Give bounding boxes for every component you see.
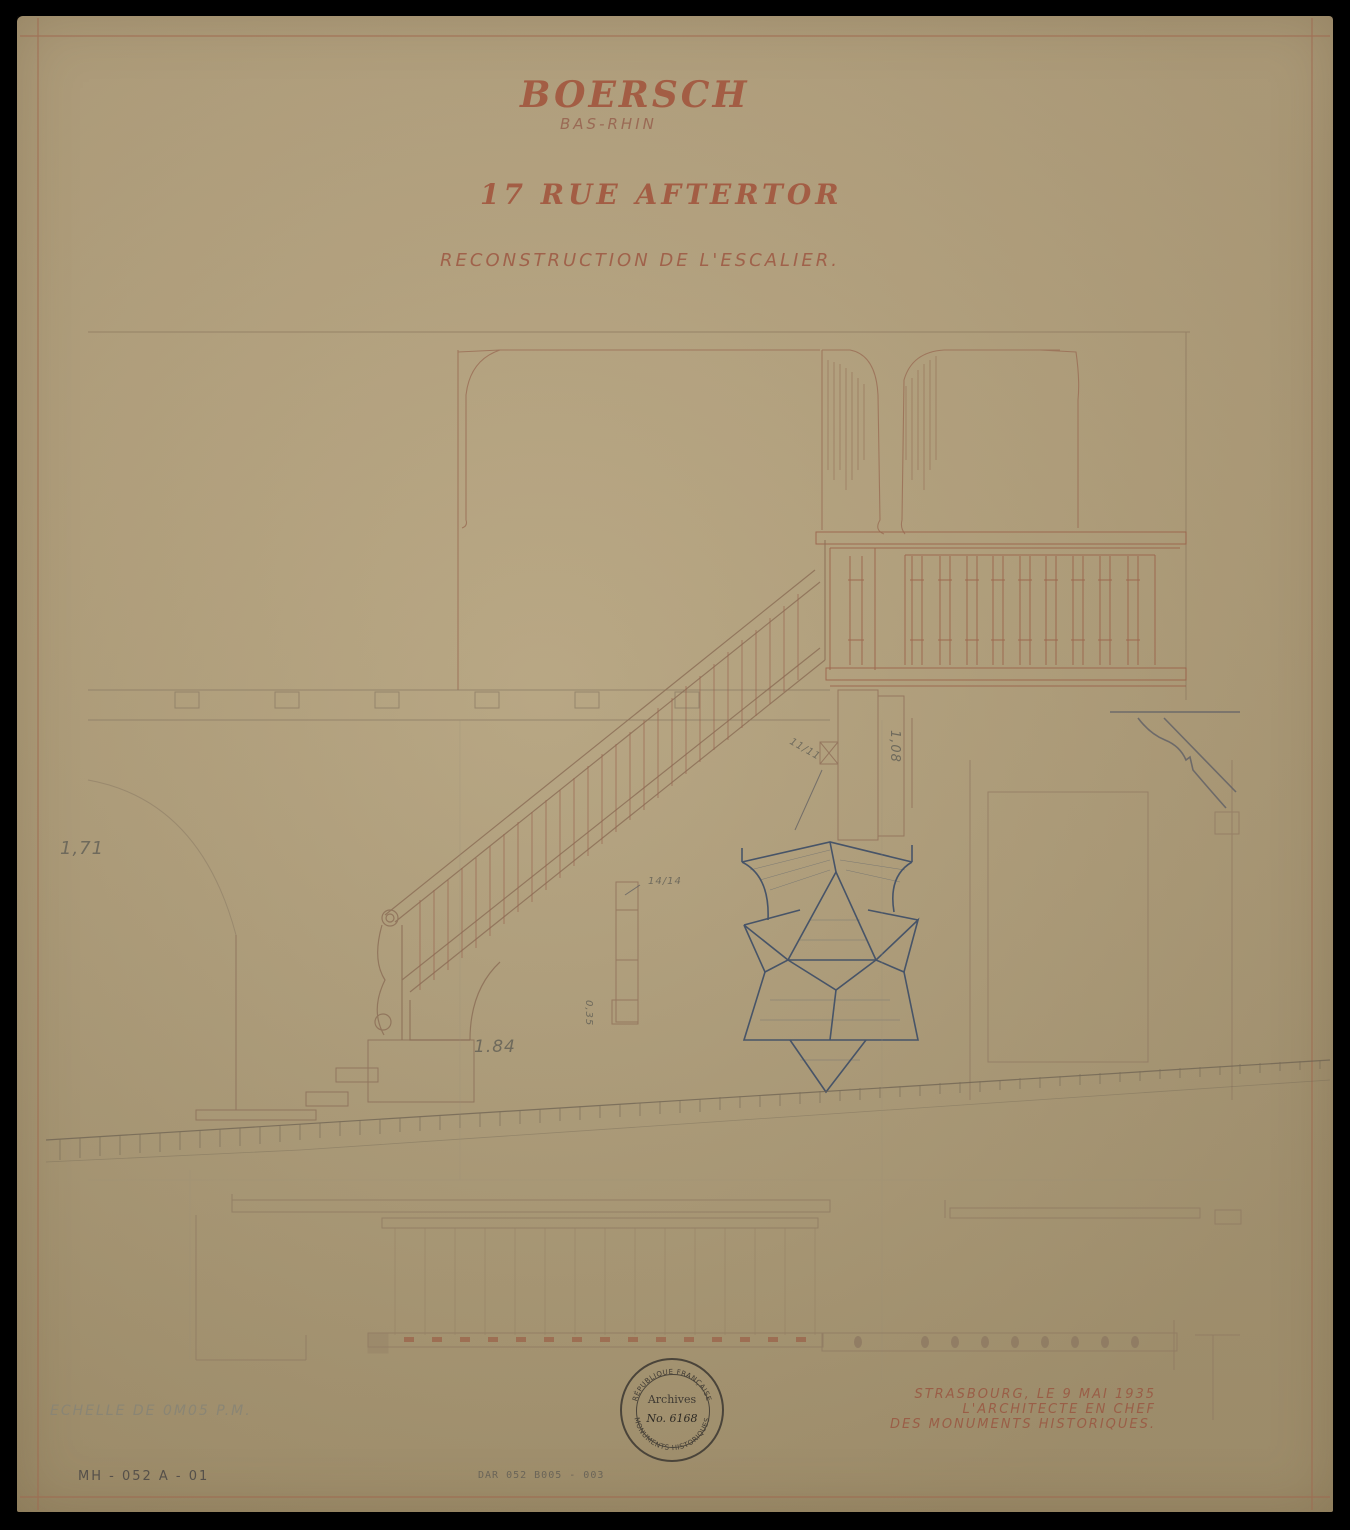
plan-baluster-dashes <box>404 1337 806 1342</box>
dimension-post-section-lower: 14/14 <box>648 876 682 887</box>
signature-line-1: STRASBOURG, LE 9 MAI 1935 <box>890 1387 1156 1402</box>
stamp-number: No. 6168 <box>622 1412 722 1425</box>
stamp-center-text: Archives <box>622 1393 722 1406</box>
stamp-inner-ring <box>636 1374 710 1448</box>
dimension-stair-run: 1.84 <box>474 1037 516 1057</box>
ceiling-lines <box>88 332 1190 700</box>
signature-block: STRASBOURG, LE 9 MAI 1935 L'ARCHITECTE E… <box>890 1387 1156 1432</box>
frame-lines <box>20 18 1330 1510</box>
landing-balusters <box>848 556 1140 665</box>
small-post <box>612 882 638 1024</box>
dimension-post-height: 1,08 <box>887 730 902 763</box>
bracket-profile <box>1110 712 1240 808</box>
construction-lines <box>88 720 1230 1380</box>
stair-balusters <box>420 594 798 990</box>
base-steps <box>196 935 474 1120</box>
ground-line <box>46 1060 1330 1162</box>
floor-joists <box>88 690 830 720</box>
newel-post <box>820 690 912 840</box>
title-department: BAS-RHIN <box>560 115 657 133</box>
landing-balustrade <box>816 532 1186 686</box>
signature-line-2: L'ARCHITECTE EN CHEF <box>890 1402 1156 1417</box>
right-doorframe <box>970 760 1239 1100</box>
dimension-small: 0,35 <box>583 1000 594 1026</box>
stair-elevation-drawing <box>0 0 1350 1530</box>
dimension-height-left: 1,71 <box>60 838 104 859</box>
plan-baluster-dots <box>854 1336 1139 1348</box>
title-address: 17 RUE AFTERTOR <box>480 178 843 211</box>
upper-openings <box>458 350 1079 690</box>
star-ornament <box>742 842 918 1092</box>
title-town: BOERSCH <box>520 74 749 116</box>
reference-mh: MH - 052 A - 01 <box>78 1469 209 1484</box>
scale-label: ECHELLE DE 0M05 P.M. <box>50 1403 252 1419</box>
archives-stamp: RÉPUBLIQUE FRANÇAISE MONUMENTS HISTORIQU… <box>620 1358 724 1462</box>
stair-handrail <box>375 540 825 1040</box>
title-subject: RECONSTRUCTION DE L'ESCALIER. <box>440 250 840 271</box>
signature-line-3: DES MONUMENTS HISTORIQUES. <box>890 1417 1156 1432</box>
left-arch <box>88 780 236 935</box>
reference-dar: DAR 052 B005 - 003 <box>478 1470 604 1481</box>
